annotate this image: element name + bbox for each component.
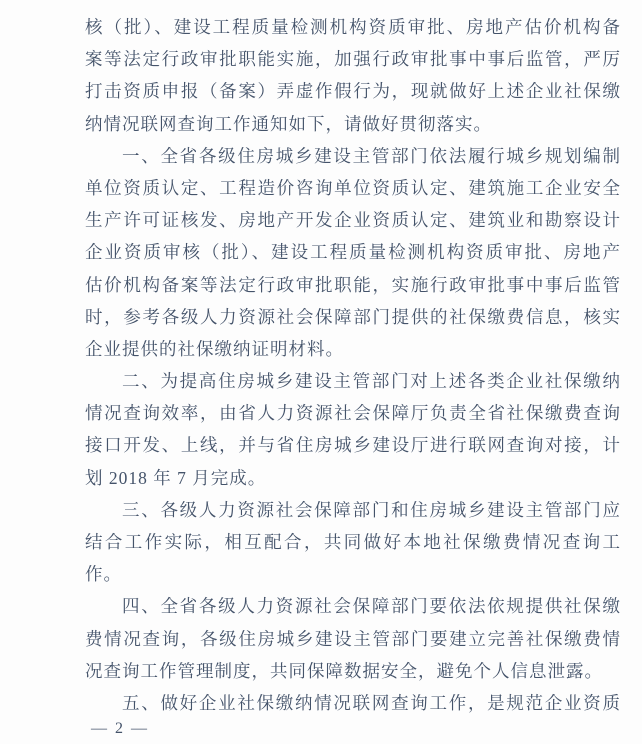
text-line-18: 作。	[85, 558, 621, 590]
text-line-12: 二、为提高住房城乡建设主管部门对上述各类企业社保缴纳	[85, 365, 621, 397]
text-line-7: 生产许可证核发、房地产开发企业资质认定、建筑业和勘察设计	[85, 204, 621, 236]
text-line-2: 案等法定行政审批职能实施，加强行政审批事中事后监管，严厉	[85, 43, 621, 75]
page-number: — 2 —	[91, 720, 149, 738]
text-line-14: 接口开发、上线，并与省住房城乡建设厅进行联网查询对接，计	[85, 429, 621, 461]
text-line-13: 情况查询效率，由省人力资源社会保障厅负责全省社保缴费查询	[85, 397, 621, 429]
text-line-6: 单位资质认定、工程造价咨询单位资质认定、建筑施工企业安全	[85, 172, 621, 204]
text-line-17: 结合工作实际，相互配合，共同做好本地社保缴费情况查询工	[85, 526, 621, 558]
text-line-20: 费情况查询，各级住房城乡建设主管部门要建立完善社保缴费情	[85, 623, 621, 655]
document-page: 核（批）、建设工程质量检测机构资质审批、房地产估价机构备 案等法定行政审批职能实…	[0, 0, 642, 744]
text-line-5: 一、全省各级住房城乡建设主管部门依法履行城乡规划编制	[85, 140, 621, 172]
text-line-21: 况查询工作管理制度，共同保障数据安全，避免个人信息泄露。	[85, 655, 621, 687]
text-line-15: 划 2018 年 7 月完成。	[85, 462, 621, 494]
text-line-10: 时，参考各级人力资源社会保障部门提供的社保缴费信息，核实	[85, 301, 621, 333]
text-line-16: 三、各级人力资源社会保障部门和住房城乡建设主管部门应	[85, 494, 621, 526]
text-line-8: 企业资质审核（批）、建设工程质量检测机构资质审批、房地产	[85, 236, 621, 268]
text-line-1: 核（批）、建设工程质量检测机构资质审批、房地产估价机构备	[85, 11, 621, 43]
text-line-4: 纳情况联网查询工作通知如下，请做好贯彻落实。	[85, 108, 621, 140]
text-line-22: 五、做好企业社保缴纳情况联网查询工作，是规范企业资质	[85, 687, 621, 719]
text-line-11: 企业提供的社保缴纳证明材料。	[85, 333, 621, 365]
text-line-19: 四、全省各级人力资源社会保障部门要依法依规提供社保缴	[85, 590, 621, 622]
document-body: 核（批）、建设工程质量检测机构资质审批、房地产估价机构备 案等法定行政审批职能实…	[85, 11, 621, 719]
text-line-3: 打击资质申报（备案）弄虚作假行为，现就做好上述企业社保缴	[85, 75, 621, 107]
text-line-9: 估价机构备案等法定行政审批职能，实施行政审批事中事后监管	[85, 269, 621, 301]
